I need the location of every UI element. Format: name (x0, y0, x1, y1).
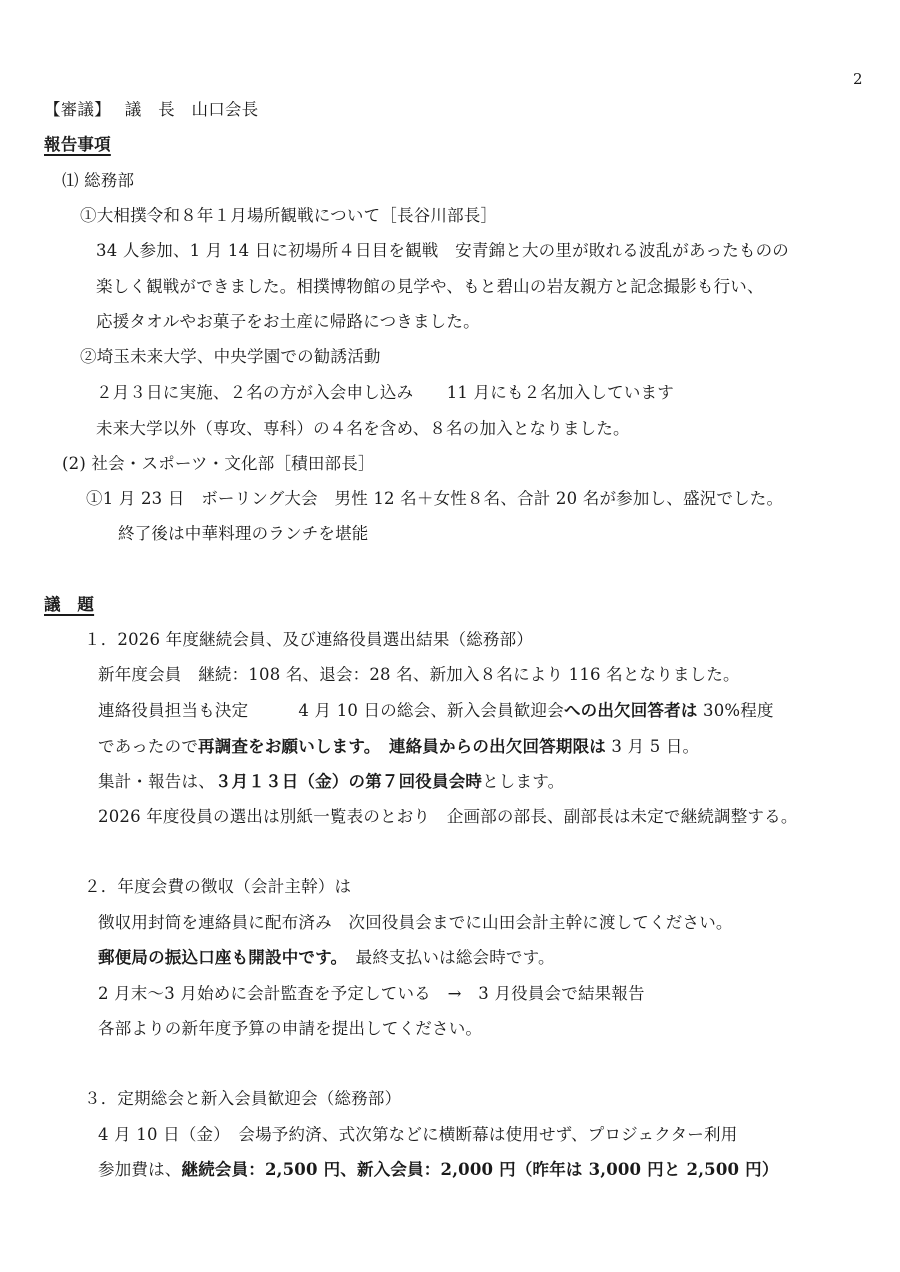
agenda-item-title: ３．定期総会と新入会員歓迎会（総務部） (84, 1088, 401, 1110)
agenda-item-line: 2026 年度役員の選出は別紙一覧表のとおり 企画部の部長、副部長は未定で継続調… (98, 806, 798, 828)
text-run: とします。 (482, 772, 564, 791)
bold-text-run: 継続会員：2,500 円、新入会員：2,000 円（昨年は 3,000 円と 2… (182, 1160, 779, 1179)
bold-text-run: 再調査をお願いします。 連絡員からの出欠回答期限は (198, 737, 606, 756)
report-item-line: 未来大学以外（専攻、専科）の４名を含め、８名の加入となりました。 (96, 418, 630, 440)
section-title-social-sports: (2) 社会・スポーツ・文化部［積田部長］ (62, 453, 375, 475)
text-run: であったので (98, 737, 198, 756)
report-item-title: ①1 月 23 日 ボーリング大会 男性 12 名＋女性８名、合計 20 名が参… (86, 488, 783, 510)
bold-text-run: への出欠回答者は (564, 701, 698, 720)
agenda-item-line: 集計・報告は、３月１３日（金）の第７回役員会時とします。 (98, 771, 564, 793)
report-item-title: ②埼玉未来大学、中央学園での勧誘活動 (80, 346, 381, 368)
text-run: 3 月 5 日。 (606, 737, 699, 756)
text-run: 参加費は、 (98, 1160, 182, 1179)
reports-heading: 報告事項 (44, 134, 111, 156)
deliberation-label: 【審議】 (44, 100, 103, 119)
agenda-heading: 議 題 (44, 594, 94, 616)
text-run: 最終支払いは総会時です。 (339, 948, 555, 967)
section-title-general-affairs: ⑴ 総務部 (62, 170, 134, 192)
report-item-line: ２月３日に実施、２名の方が入会申し込み 11 月にも２名加入しています (96, 382, 674, 404)
agenda-item-title: ２．年度会費の徴収（会計主幹）は (84, 876, 351, 898)
agenda-item-line: 徴収用封筒を連絡員に配布済み 次回役員会までに山田会計主幹に渡してください。 (98, 912, 733, 934)
report-item-line: 終了後は中華料理のランチを堪能 (118, 523, 369, 545)
agenda-item-line: 各部よりの新年度予算の申請を提出してください。 (98, 1018, 482, 1040)
agenda-item-line: 連絡役員担当も決定 4 月 10 日の総会、新入会員歓迎会への出欠回答者は 30… (98, 700, 774, 722)
agenda-item-line: 新年度会員 継続：108 名、退会：28 名、新加入８名により 116 名となり… (98, 664, 740, 686)
text-run: 連絡役員担当も決定 4 月 10 日の総会、新入会員歓迎会 (98, 701, 564, 720)
report-item-title: ①大相撲令和８年１月場所観戦について［長谷川部長］ (80, 205, 497, 227)
agenda-item-line: 2 月末～3 月始めに会計監査を予定している → 3 月役員会で結果報告 (98, 983, 645, 1005)
chair-title: 議 長 (125, 100, 175, 119)
page-number: 2 (853, 70, 863, 88)
deliberation-header: 【審議】 議 長 山口会長 (44, 99, 258, 121)
agenda-item-title: １．2026 年度継続会員、及び連絡役員選出結果（総務部） (84, 629, 533, 651)
agenda-item-line: 4 月 10 日（金） 会場予約済、式次第などに横断幕は使用せず、プロジェクター… (98, 1124, 737, 1146)
agenda-item-line: であったので再調査をお願いします。 連絡員からの出欠回答期限は 3 月 5 日。 (98, 736, 699, 758)
bold-text-run: 郵便局の振込口座も開設中です。 (98, 948, 339, 967)
text-run: 集計・報告は、 (98, 772, 215, 791)
report-item-line: 応援タオルやお菓子をお土産に帰路につきました。 (96, 311, 480, 333)
agenda-item-line: 郵便局の振込口座も開設中です。 最終支払いは総会時です。 (98, 947, 555, 969)
report-item-line: 楽しく観戦ができました。相撲博物館の見学や、もと碧山の岩友親方と記念撮影も行い、 (96, 276, 764, 298)
bold-text-run: ３月１３日（金）の第７回役員会時 (215, 772, 482, 791)
report-item-line: 34 人参加、1 月 14 日に初場所４日目を観戦 安青錦と大の里が敗れる波乱が… (96, 240, 789, 262)
agenda-item-line: 参加費は、継続会員：2,500 円、新入会員：2,000 円（昨年は 3,000… (98, 1159, 779, 1181)
text-run: 30%程度 (698, 701, 774, 720)
chair-name: 山口会長 (192, 100, 259, 119)
